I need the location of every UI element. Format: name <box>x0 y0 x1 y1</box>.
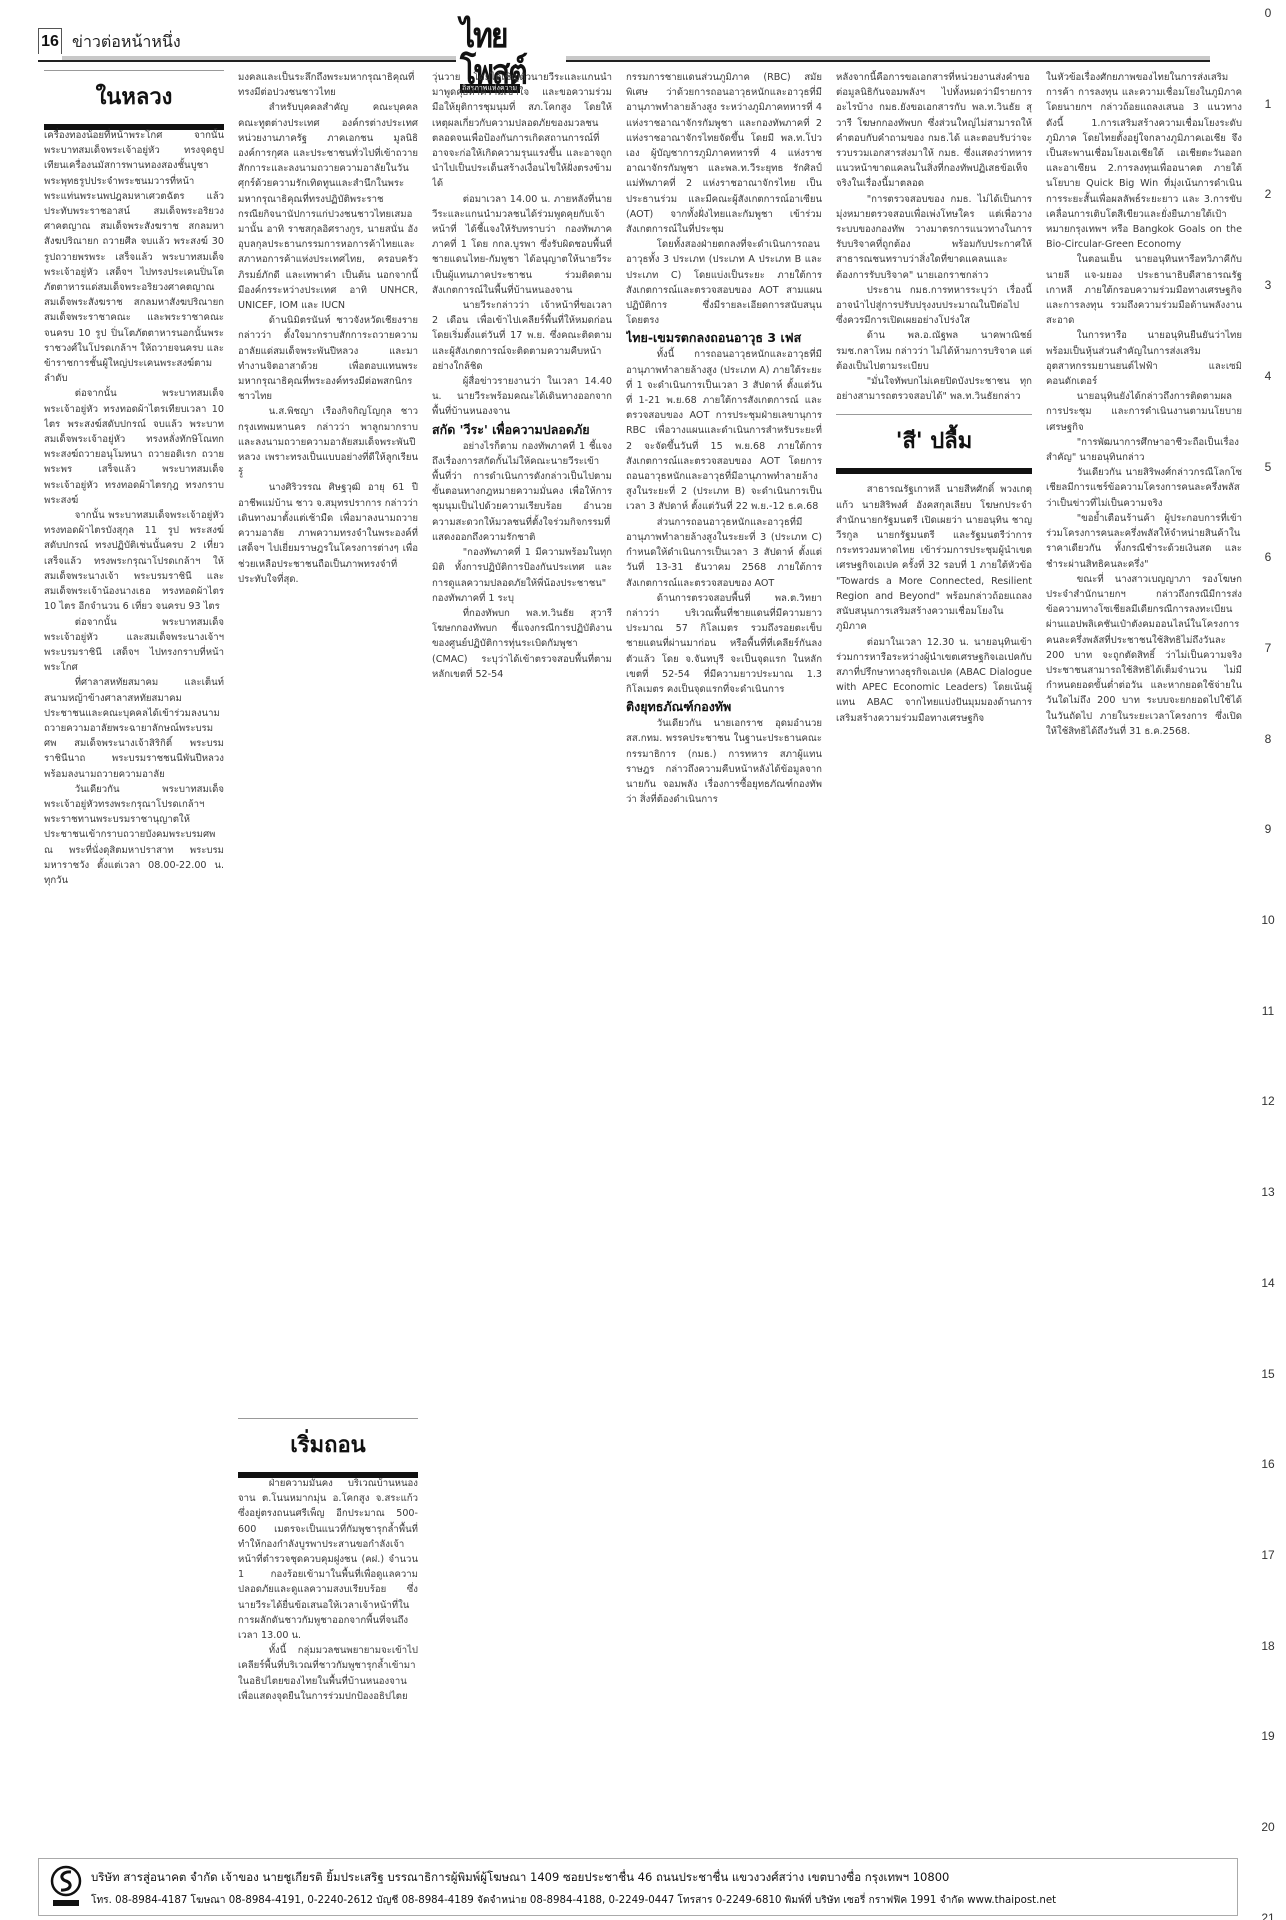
section-heading-roem-thon: เริ่มถอน <box>238 1418 418 1478</box>
paragraph: กรรมการชายแดนส่วนภูมิภาค (RBC) สมัยพิเศษ… <box>626 70 822 237</box>
line-number-gutter: 0123456789101112131415161718192021 <box>1250 0 1286 1920</box>
page-number: 16 <box>38 28 62 54</box>
paragraph: ด้านนิมิตรนันท์ ชาวจังหวัดเชียงราย กล่าว… <box>238 313 418 404</box>
paragraph: นายวีระกล่าวว่า เจ้าหน้าที่ขอเวลา 2 เดือ… <box>432 298 612 374</box>
article-column-2-lower: ฝ่ายความมั่นคง บริเวณบ้านหนองจาน ต.โนนหม… <box>238 1476 418 1848</box>
paragraph: มงคลและเป็นระลึกถึงพระมหากรุณาธิคุณที่ทร… <box>238 70 418 100</box>
paragraph: ทั้งนี้ การถอนอาวุธหนักและอาวุธที่มีอานุ… <box>626 347 822 514</box>
paragraph: นางศิริวรรณ ศิษฐวุฒิ อายุ 61 ปีอาชีพแม่บ… <box>238 480 418 586</box>
line-number: 9 <box>1250 822 1286 836</box>
paragraph: ด้านการตรวจสอบพื้นที่ พล.ต.วิทยา กล่าวว่… <box>626 591 822 697</box>
paragraph: "การตรวจสอบของ กมธ. ไม่ได้เป็นการมุ่งหมา… <box>836 192 1032 283</box>
line-number: 2 <box>1250 187 1286 201</box>
line-number: 21 <box>1250 1911 1286 1920</box>
paragraph: ทั้งนี้ กลุ่มมวลชนพยายามจะเข้าไปเคลียร์พ… <box>238 1643 418 1704</box>
paragraph: โดยทั้งสองฝ่ายตกลงที่จะดำเนินการถอนอาวุธ… <box>626 237 822 328</box>
paragraph: "ขอย้ำเตือนร้านค้า ผู้ประกอบการที่เข้าร่… <box>1046 511 1242 572</box>
publisher-emblem-icon <box>49 1865 83 1909</box>
paragraph: จากนั้น พระบาทสมเด็จพระเจ้าอยู่หัว ทรงทอ… <box>44 508 224 614</box>
section-title: ในหลวง <box>44 71 224 124</box>
line-number: 1 <box>1250 97 1286 111</box>
header-rule <box>38 60 1210 62</box>
line-number: 14 <box>1250 1276 1286 1290</box>
line-number: 11 <box>1250 1004 1286 1018</box>
paragraph: นายอนุทินยังได้กล่าวถึงการติดตามผลการประ… <box>1046 389 1242 435</box>
paragraph: วันเดียวกัน นายสิริพงศ์กล่าวกรณีโลกโซเชี… <box>1046 465 1242 511</box>
line-number: 18 <box>1250 1639 1286 1653</box>
paragraph: ที่กองทัพบก พล.ท.วินธัย สุวารี โฆษกกองทั… <box>432 606 612 682</box>
line-number: 19 <box>1250 1729 1286 1743</box>
line-number: 15 <box>1250 1367 1286 1381</box>
paragraph: "มั่นใจทัพบกไม่เคยปิดบังประชาชน ทุกอย่าง… <box>836 374 1032 404</box>
line-number: 6 <box>1250 550 1286 564</box>
line-number: 3 <box>1250 278 1286 292</box>
section-heading-nai-luang: ในหลวง <box>44 70 224 130</box>
article-column-2: มงคลและเป็นระลึกถึงพระมหากรุณาธิคุณที่ทร… <box>238 70 418 1445</box>
footer-publisher-line: บริษัท สารสู่อนาคต จำกัด เจ้าของ นายชูเก… <box>91 1869 949 1887</box>
paragraph: ในการหารือ นายอนุทินยืนยันว่าไทยพร้อมเป็… <box>1046 328 1242 389</box>
article-column-6: ในหัวข้อเรื่องศักยภาพของไทยในการส่งเสริม… <box>1046 70 1242 1848</box>
section-title: 'สี' ปลื้ม <box>836 415 1032 468</box>
paragraph: ที่ศาลาสหทัยสมาคม และเต็นท์สนามหญ้าข้างศ… <box>44 675 224 781</box>
subheading: ไทย-เขมรตกลงถอนอาวุธ 3 เฟส <box>626 329 822 346</box>
divider <box>836 468 1032 474</box>
paragraph: ประธาน กมธ.การทหารระบุว่า เรื่องนี้อาจนำ… <box>836 283 1032 329</box>
line-number: 10 <box>1250 913 1286 927</box>
line-number: 20 <box>1250 1820 1286 1834</box>
page-header: 16 ข่าวต่อหน้าหนึ่ง ไทยโพสต์ อิสรภาพแห่ง… <box>38 18 1210 58</box>
footer-contact-line: โทร. 08-8984-4187 โฆษณา 08-8984-4191, 0-… <box>91 1892 1056 1908</box>
paragraph: "การพัฒนาการศึกษาอาชีวะถือเป็นเรื่องสำคั… <box>1046 435 1242 465</box>
line-number: 4 <box>1250 369 1286 383</box>
paragraph: วันเดียวกัน พระบาทสมเด็จพระเจ้าอยู่หัวทร… <box>44 782 224 888</box>
line-number: 7 <box>1250 641 1286 655</box>
paragraph: อย่างไรก็ตาม กองทัพภาคที่ 1 ชี้แจงถึงเรื… <box>432 439 612 545</box>
paragraph: วันเดียวกัน นายเอกราช อุดมอำนวย สส.กทม. … <box>626 716 822 807</box>
paragraph: "กองทัพภาคที่ 1 มีความพร้อมในทุกมิติ ทั้… <box>432 545 612 606</box>
line-number: 8 <box>1250 732 1286 746</box>
article-column-5: หลังจากนี้คือการขอเอกสารที่หน่วยงานส่งคำ… <box>836 70 1032 1848</box>
paragraph: ต่อมาในเวลา 12.30 น. นายอนุทินเข้าร่วมกา… <box>836 635 1032 726</box>
section-heading-si-plum: 'สี' ปลื้ม <box>836 414 1032 474</box>
paragraph: ด้าน พล.อ.ณัฐพล นาคพาณิชย์ รมช.กลาโหม กล… <box>836 328 1032 374</box>
paragraph: สาธารณรัฐเกาหลี นายสีหศักดิ์ พวงเกตุแก้ว… <box>836 482 1032 634</box>
paragraph: ในหัวข้อเรื่องศักยภาพของไทยในการส่งเสริม… <box>1046 70 1242 252</box>
article-column-4: กรรมการชายแดนส่วนภูมิภาค (RBC) สมัยพิเศษ… <box>626 70 822 1848</box>
newspaper-logo: ไทยโพสต์ อิสรภาพแห่งความคิด <box>456 18 566 62</box>
line-number: 5 <box>1250 460 1286 474</box>
paragraph: ต่อมาเวลา 14.00 น. ภายหลังที่นายวีระและแ… <box>432 192 612 298</box>
paragraph: ต่อจากนั้น พระบาทสมเด็จพระเจ้าอยู่หัว ทร… <box>44 386 224 508</box>
section-title: เริ่มถอน <box>238 1419 418 1472</box>
paragraph: ผู้สื่อข่าวรายงานว่า ในเวลา 14.40 น. นาย… <box>432 374 612 420</box>
article-column-3: วุ่นวาย โดยได้เชิญตัวนายวีระและแกนนำมาพู… <box>432 70 612 1848</box>
article-column-1: เครื่องทองน้อยที่หน้าพระโกศ จากนั้นพระบา… <box>44 128 224 1848</box>
paragraph: น.ส.พิชญา เรืองกิจกิญโญกุล ชาวกรุงเทพมหา… <box>238 404 418 480</box>
line-number: 16 <box>1250 1457 1286 1471</box>
paragraph: ส่วนการถอนอาวุธหนักและอาวุธที่มีอานุภาพท… <box>626 515 822 591</box>
paragraph: เครื่องทองน้อยที่หน้าพระโกศ จากนั้นพระบา… <box>44 128 224 386</box>
line-number: 13 <box>1250 1185 1286 1199</box>
paragraph: วุ่นวาย โดยได้เชิญตัวนายวีระและแกนนำมาพู… <box>432 70 612 192</box>
paragraph: ขณะที่ นางสาวเบญญาภา รองโฆษกประจำสำนักนา… <box>1046 572 1242 739</box>
paragraph: หลังจากนี้คือการขอเอกสารที่หน่วยงานส่งคำ… <box>836 70 1032 192</box>
paragraph: สำหรับบุคคลสำคัญ คณะบุคคล คณะทูตต่างประเ… <box>238 100 418 313</box>
line-number: 12 <box>1250 1094 1286 1108</box>
paragraph: ฝ่ายความมั่นคง บริเวณบ้านหนองจาน ต.โนนหม… <box>238 1476 418 1643</box>
section-label: ข่าวต่อหน้าหนึ่ง <box>72 30 181 55</box>
subheading: ติงยุทธภัณฑ์กองทัพ <box>626 698 822 715</box>
footer-masthead: บริษัท สารสู่อนาคต จำกัด เจ้าของ นายชูเก… <box>38 1858 1238 1916</box>
line-number: 0 <box>1250 6 1286 20</box>
line-number: 17 <box>1250 1548 1286 1562</box>
paragraph: ในตอนเย็น นายอนุทินหารือทวิภาคีกับนายลี … <box>1046 252 1242 328</box>
subheading: สกัด 'วีระ' เพื่อความปลอดภัย <box>432 421 612 438</box>
paragraph: ต่อจากนั้น พระบาทสมเด็จพระเจ้าอยู่หัว แล… <box>44 615 224 676</box>
